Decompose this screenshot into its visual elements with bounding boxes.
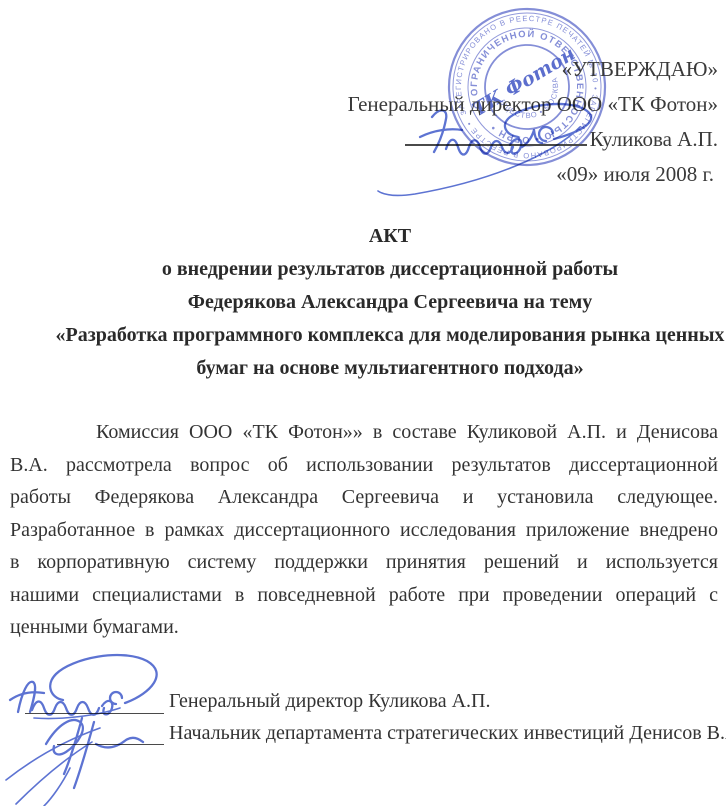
title-act: АКТ [45,220,726,253]
body-line: ценными бумагами. [10,611,718,644]
scanned-document-page: ЗАРЕГИСТРИРОВАНО В РЕЕСТРЕ ПЕЧАТЕЙ № 10 … [0,0,726,806]
title-line-2: о внедрении результатов диссертационной … [45,253,726,286]
approve-label: «УТВЕРЖДАЮ» [348,52,718,87]
body-line: Разработанное в рамках диссертационного … [10,514,718,547]
body-line: в корпоративную систему поддержки принят… [10,546,718,579]
director-signature-ink [360,95,640,210]
signature-title-head-of-department: Начальник департамента стратегических ин… [169,722,726,745]
body-line: Комиссия ООО «ТК Фотон»» в составе Кулик… [10,416,718,449]
signature-title-director: Генеральный директор Куликова А.П. [169,690,490,713]
title-line-3: Федерякова Александра Сергеевича на тему [45,286,726,319]
body-line: работы Федерякова Александра Сергеевича … [10,481,718,514]
body-line: В.А. рассмотрела вопрос об использовании… [10,449,718,482]
title-line-5: бумаг на основе мультиагентного подхода» [45,352,726,385]
body-line: нашими специалистами в повседневной рабо… [10,579,718,612]
document-title-block: АКТ о внедрении результатов диссертацион… [45,220,726,385]
title-line-4: «Разработка программного комплекса для м… [45,319,726,352]
bottom-signatures-ink [0,648,210,806]
body-paragraph: Комиссия ООО «ТК Фотон»» в составе Кулик… [10,416,718,644]
